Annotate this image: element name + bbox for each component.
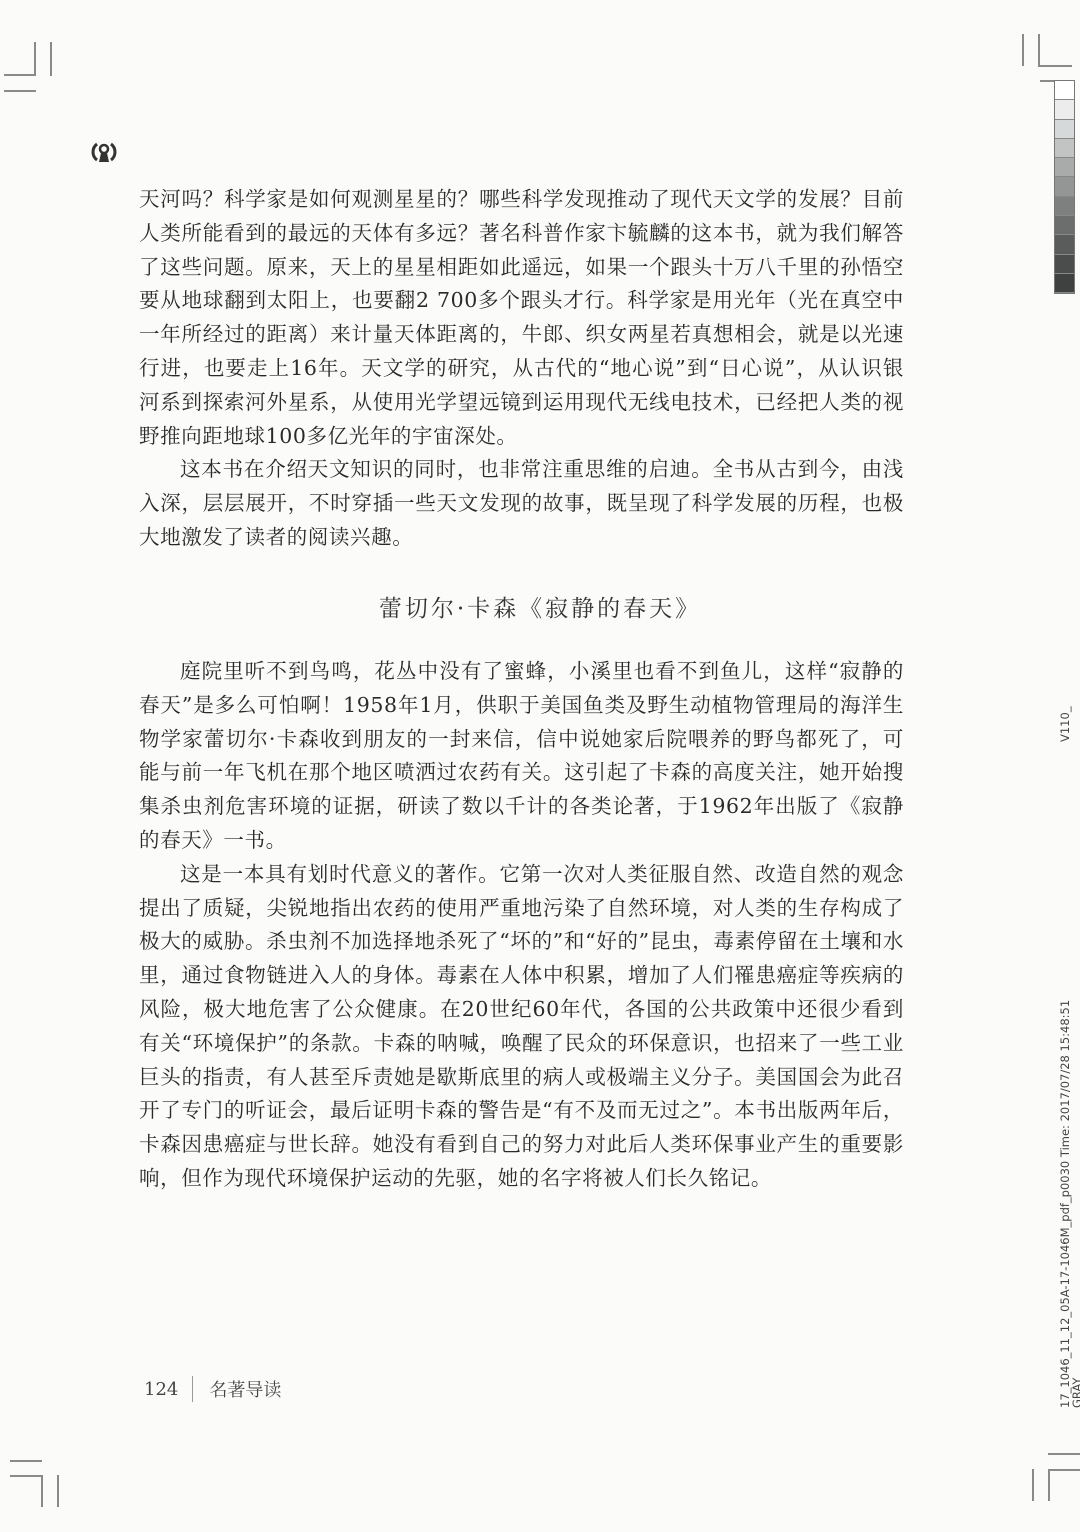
page-number: 124: [144, 1379, 178, 1400]
gray-scale-step: [1055, 235, 1074, 254]
crop-mark: [57, 1475, 59, 1507]
section-title: 蕾切尔·卡森《寂静的春天》: [0, 590, 1080, 623]
gray-scale-step: [1055, 81, 1074, 100]
gray-scale-step: [1055, 216, 1074, 235]
side-code-main: 17_1046_11_12_05A-17-1046M_pdf_p0030 Tim…: [1058, 1000, 1072, 1408]
paragraph: 庭院里听不到鸟鸣，花丛中没有了蜜蜂，小溪里也看不到鱼儿，这样“寂静的春天”是多么…: [139, 655, 904, 858]
section-body: 庭院里听不到鸟鸣，花丛中没有了蜜蜂，小溪里也看不到鱼儿，这样“寂静的春天”是多么…: [139, 655, 904, 1196]
crop-mark: [10, 1460, 42, 1462]
gray-scale-bar: [1054, 80, 1075, 294]
crop-mark: [1048, 1469, 1080, 1471]
crop-mark: [34, 42, 36, 76]
paragraph: 天河吗？科学家是如何观测星星的？哪些科学发现推动了现代天文学的发展？目前人类所能…: [139, 183, 904, 453]
paragraph: 这本书在介绍天文知识的同时，也非常注重思维的启迪。全书从古到今，由浅入深，层层展…: [139, 453, 904, 554]
side-code-top: V110_: [1058, 706, 1072, 742]
crop-mark: [1048, 1453, 1080, 1455]
radio-tower-icon: [91, 139, 117, 165]
crop-mark: [1038, 65, 1072, 67]
gray-scale-step: [1055, 197, 1074, 216]
crop-mark: [50, 42, 52, 76]
crop-mark: [10, 1475, 42, 1477]
crop-mark: [1032, 1469, 1034, 1501]
crop-mark: [1040, 80, 1054, 82]
gray-scale-step: [1055, 274, 1074, 293]
footer-divider: [192, 1376, 193, 1402]
crop-mark: [1022, 34, 1024, 66]
gray-scale-step: [1055, 120, 1074, 139]
crop-mark: [4, 74, 36, 76]
side-code-bottom: GRAY: [1070, 1378, 1080, 1408]
crop-mark: [1048, 1469, 1050, 1501]
intro-section: 天河吗？科学家是如何观测星星的？哪些科学发现推动了现代天文学的发展？目前人类所能…: [139, 183, 904, 555]
gray-scale-step: [1055, 100, 1074, 119]
book-title: 名著导读: [209, 1376, 281, 1402]
gray-scale-step: [1055, 255, 1074, 274]
crop-mark: [1038, 34, 1040, 66]
gray-scale-step: [1055, 139, 1074, 158]
crop-mark: [41, 1475, 43, 1507]
gray-scale-step: [1055, 158, 1074, 177]
paragraph: 这是一本具有划时代意义的著作。它第一次对人类征服自然、改造自然的观念提出了质疑，…: [139, 858, 904, 1196]
gray-scale-step: [1055, 177, 1074, 196]
crop-mark: [4, 90, 36, 92]
page-footer: 124 名著导读: [144, 1376, 281, 1402]
